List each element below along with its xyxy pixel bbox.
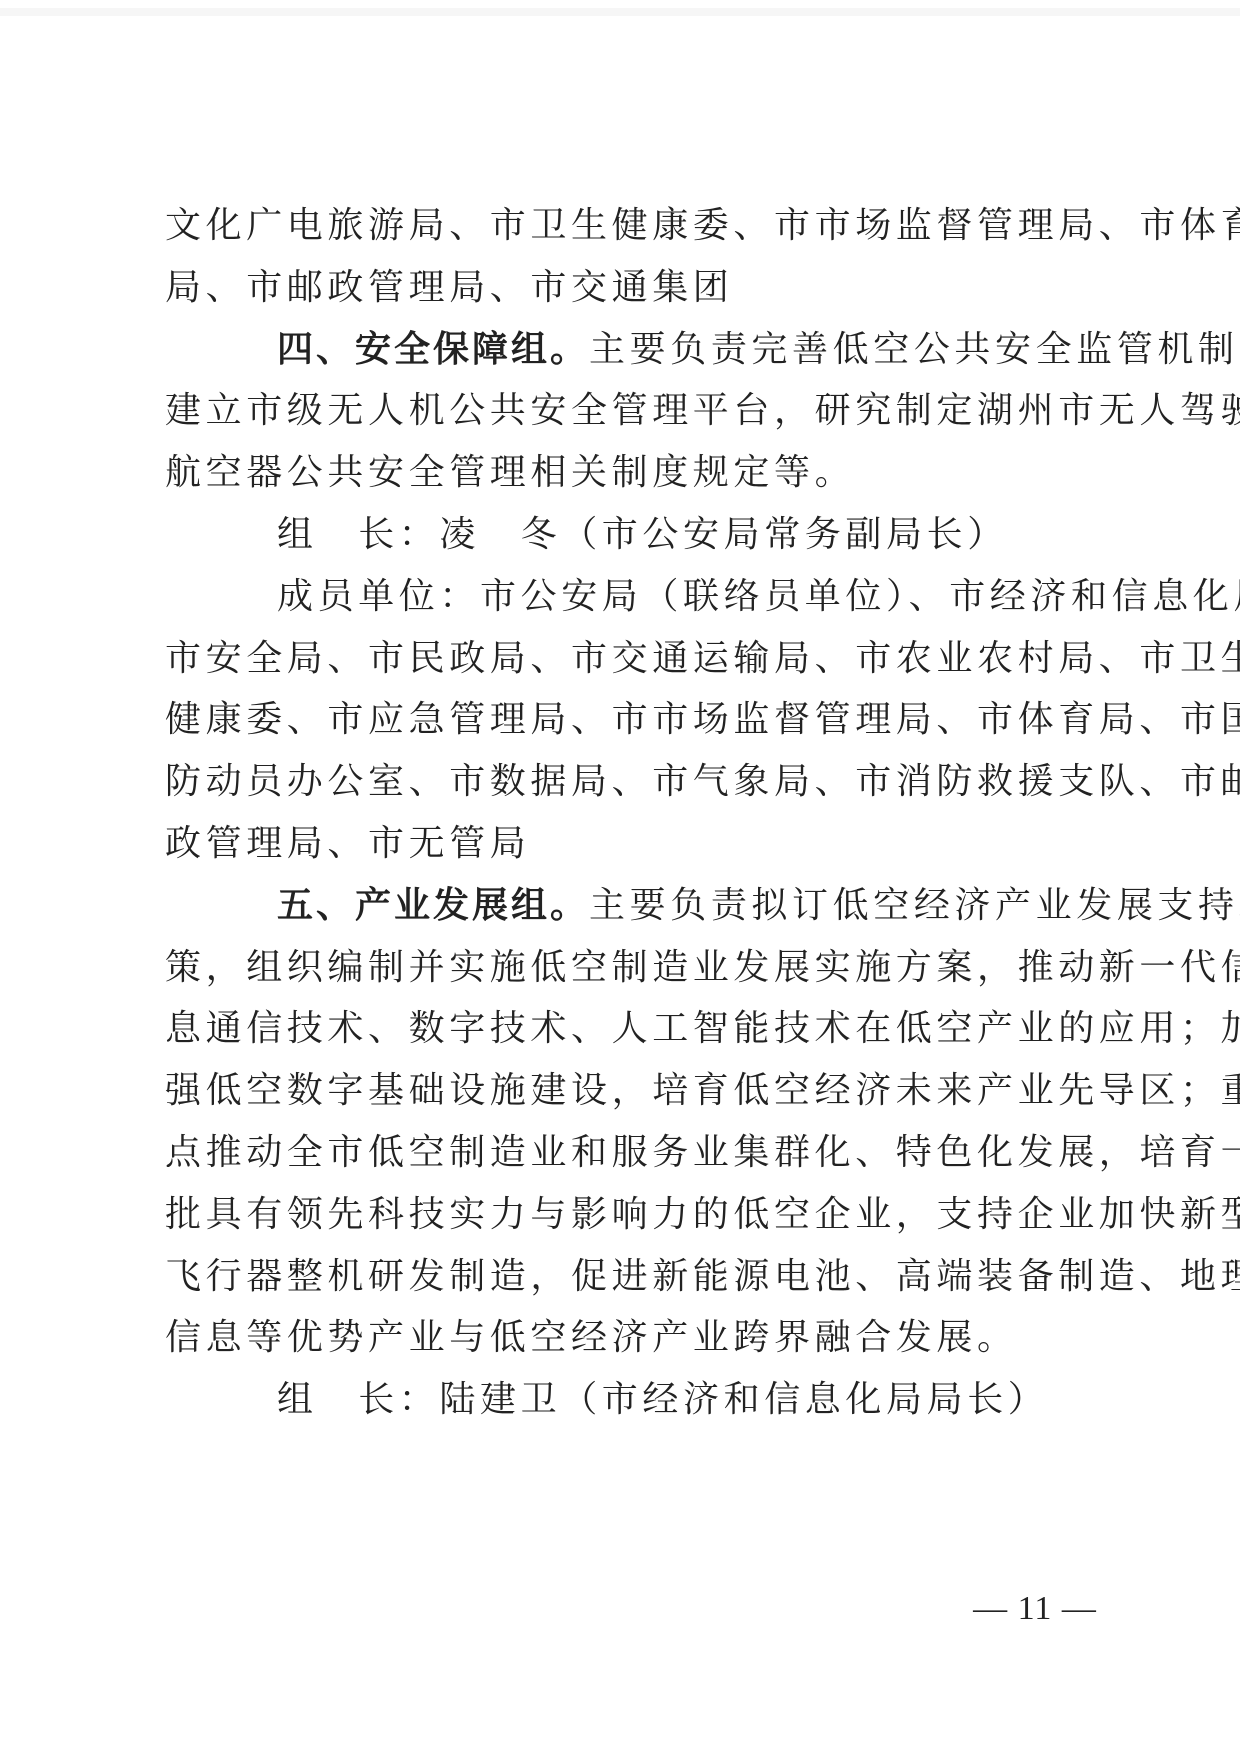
text-line: 文化广电旅游局、市卫生健康委、市市场监督管理局、市体育 [165,195,1085,257]
section-five-text: 主要负责拟订低空经济产业发展支持政 [589,885,1240,926]
text-line: 防动员办公室、市数据局、市气象局、市消防救援支队、市邮 [165,751,1085,813]
text-line: 健康委、市应急管理局、市市场监督管理局、市体育局、市国 [165,689,1085,751]
text-line: 息通信技术、数字技术、人工智能技术在低空产业的应用；加 [165,998,1085,1060]
text-line: 航空器公共安全管理相关制度规定等。 [165,442,1085,504]
section-five-heading: 五、产业发展组。 [277,885,589,926]
text-line: 飞行器整机研发制造，促进新能源电池、高端装备制造、地理 [165,1246,1085,1308]
group-leader-security: 组 长：凌 冬（市公安局常务副局长） [165,504,1085,566]
member-units-security: 成员单位：市公安局（联络员单位）、市经济和信息化局、 [165,566,1085,628]
text-line: 信息等优势产业与低空经济产业跨界融合发展。 [165,1307,1085,1369]
section-five-line: 五、产业发展组。主要负责拟订低空经济产业发展支持政 [165,875,1085,937]
text-line: 强低空数字基础设施建设，培育低空经济未来产业先导区；重 [165,1060,1085,1122]
page-number: — 11 — [955,1590,1115,1628]
text-line: 政管理局、市无管局 [165,813,1085,875]
group-leader-industry: 组 长：陆建卫（市经济和信息化局局长） [165,1369,1085,1431]
document-body: 文化广电旅游局、市卫生健康委、市市场监督管理局、市体育 局、市邮政管理局、市交通… [165,195,1085,1431]
text-line: 局、市邮政管理局、市交通集团 [165,257,1085,319]
text-line: 策，组织编制并实施低空制造业发展实施方案，推动新一代信 [165,937,1085,999]
text-line: 点推动全市低空制造业和服务业集群化、特色化发展，培育一 [165,1122,1085,1184]
text-line: 市安全局、市民政局、市交通运输局、市农业农村局、市卫生 [165,628,1085,690]
text-line: 批具有领先科技实力与影响力的低空企业，支持企业加快新型 [165,1184,1085,1246]
section-four-text: 主要负责完善低空公共安全监管机制， [589,329,1240,370]
scan-edge-artifact [0,8,1240,16]
text-line: 建立市级无人机公共安全管理平台，研究制定湖州市无人驾驶 [165,380,1085,442]
section-four-line: 四、安全保障组。主要负责完善低空公共安全监管机制， [165,319,1085,381]
section-four-heading: 四、安全保障组。 [277,329,589,370]
